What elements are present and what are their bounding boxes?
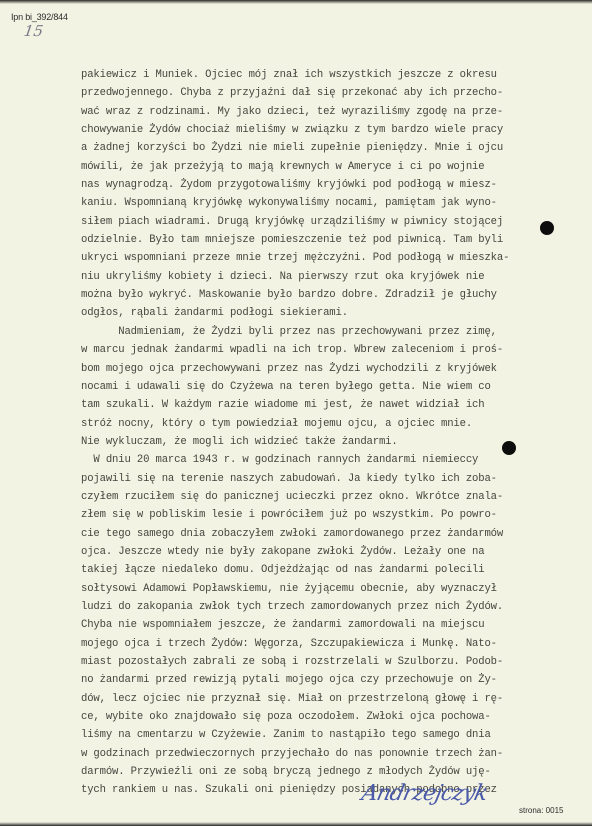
text-line: pakiewicz i Muniek. Ojciec mój znał ich … [81, 66, 587, 84]
text-line: wać wraz z rodzinami. My jako dzieci, te… [81, 103, 587, 121]
text-line: w marcu jednak żandarmi wpadli na ich tr… [81, 341, 587, 359]
text-line: można było wykryć. Maskowanie było bardz… [81, 286, 587, 304]
text-line: dów, lecz ojciec nie przyznał się. Miał … [81, 690, 587, 708]
text-line: no żandarmi przed rewizją pytali mojego … [81, 671, 587, 689]
archive-reference: Ipn bi_392/844 [11, 12, 68, 22]
text-line: ukryci wspomniani przeze mnie trzej mężc… [81, 249, 587, 267]
text-line: chowywanie Żydów chociaż mieliśmy w zwią… [81, 121, 587, 139]
text-line: w godzinach przedwieczornych przyjechało… [81, 745, 587, 763]
punch-hole-icon [540, 221, 554, 235]
text-line: nas wynagrodzą. Żydom przygotowaliśmy kr… [81, 176, 587, 194]
text-line: tych rankiem u nas. Szukali oni pieniędz… [81, 781, 587, 799]
text-line: kaniu. Wspomnianą kryjówkę wykonywaliśmy… [81, 194, 587, 212]
typewritten-body-text: pakiewicz i Muniek. Ojciec mój znał ich … [81, 66, 587, 800]
text-line: a żadnej korzyści bo Żydzi nie mieli zup… [81, 139, 587, 157]
page-number: strona: 0015 [519, 806, 563, 815]
text-line: darmów. Przywieźli oni ze sobą bryczą je… [81, 763, 587, 781]
text-line: przedwojennego. Chyba z przyjaźni dał si… [81, 84, 587, 102]
text-line: ce, wybite oko znajdowało się poza oczod… [81, 708, 587, 726]
text-line: Nadmieniam, że Żydzi byli przez nas prze… [81, 323, 587, 341]
text-line: liśmy na cmentarzu w Czyżewie. Zanim to … [81, 726, 587, 744]
text-line: miast pozostałych zabrali ze sobą i rozs… [81, 653, 587, 671]
text-line: mojego ojca i trzech Żydów: Węgorza, Szc… [81, 635, 587, 653]
text-line: złem się w pobliskim lesie i powróciłem … [81, 506, 587, 524]
text-line: ojca. Jeszcze wtedy nie były zakopane zw… [81, 543, 587, 561]
handwritten-page-mark: 15 [23, 22, 45, 40]
signature: Andrzejczyk [359, 781, 489, 806]
scan-top-edge [0, 0, 592, 4]
text-line: Chyba nie wspomniałem jeszcze, że żandar… [81, 616, 587, 634]
text-line: cie tego samego dnia zobaczyłem zwłoki z… [81, 525, 587, 543]
text-line: mówili, że jak przeżyją to mają krewnych… [81, 158, 587, 176]
text-line: tam szukali. W każdym razie wiadome mi j… [81, 396, 587, 414]
scan-bottom-edge [0, 822, 592, 826]
text-line: pojawili się na terenie naszych zabudowa… [81, 470, 587, 488]
text-line: bom mojego ojca przechowywani przez nas … [81, 360, 587, 378]
text-line: nocami i udawali się do Czyżewa na teren… [81, 378, 587, 396]
text-line: stróż nocny, który o tym powiedział moje… [81, 415, 587, 433]
text-line: odzielnie. Było tam mniejsze pomieszczen… [81, 231, 587, 249]
text-line: niu ukryliśmy kobiety i dzieci. Na pierw… [81, 268, 587, 286]
text-line: sołtysowi Adamowi Popławskiemu, nie żyją… [81, 580, 587, 598]
punch-hole-icon [502, 441, 516, 455]
text-line: odgłos, rąbali żandarmi podłogi siekiera… [81, 304, 587, 322]
text-line: siłem piach wiadrami. Drugą kryjówkę urz… [81, 213, 587, 231]
text-line: takiej łącze niedaleko domu. Odjeżdżając… [81, 561, 587, 579]
text-line: ludzi do zakopania zwłok tych trzech zam… [81, 598, 587, 616]
text-line: czyłem rzuciłem się do panicznej ucieczk… [81, 488, 587, 506]
